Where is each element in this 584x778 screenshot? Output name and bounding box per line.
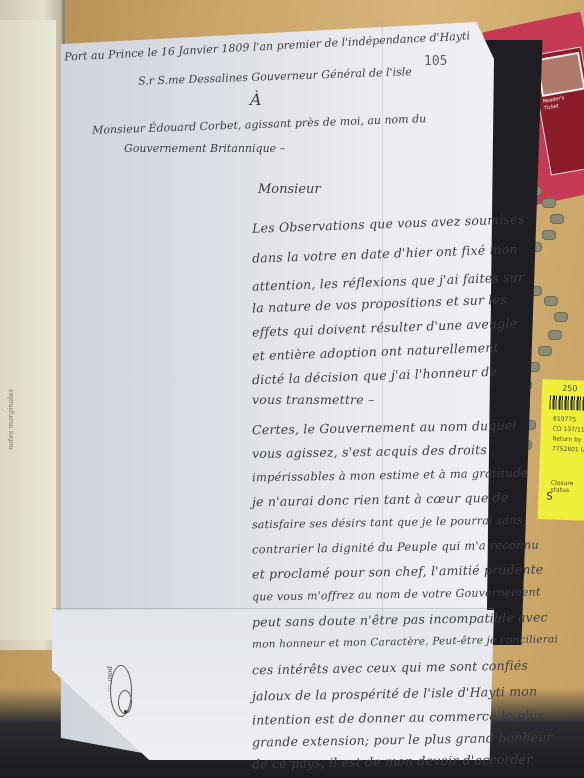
body-line: vous transmettre –	[252, 392, 374, 407]
horizontal-fold	[52, 608, 494, 609]
id-photo	[536, 52, 584, 97]
left-book-text: notes marginales	[4, 320, 54, 450]
manuscript-letter: 105 Port au Prince le 16 Janvier 1809 l'…	[52, 10, 502, 760]
barcode	[549, 395, 584, 411]
seal-dot-icon	[124, 710, 127, 713]
salutation: Monsieur	[258, 182, 321, 197]
recipient-line-2: Gouvernement Britannique –	[124, 142, 285, 155]
reader-ticket-text: Reader's Ticket	[543, 95, 567, 113]
folio-number: 105	[424, 54, 447, 69]
address-a: À	[250, 90, 262, 109]
yellow-document-ticket: 250 61977S CO 137/11 Return by 7752801 (…	[538, 379, 584, 521]
